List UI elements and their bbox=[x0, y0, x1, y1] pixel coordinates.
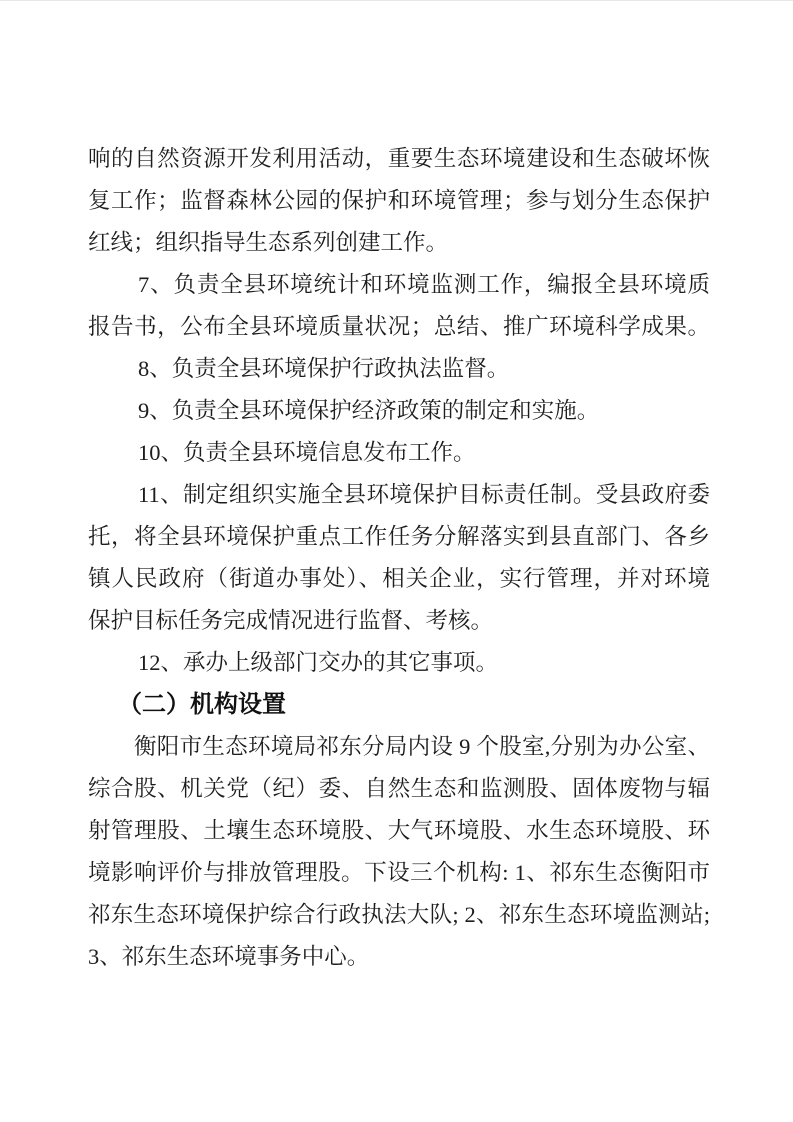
body-line: 报告书，公布全县环境质量状况；总结、推广环境科学成果。 bbox=[88, 306, 710, 348]
numbered-item-line: 9、负责全县环境保护经济政策的制定和实施。 bbox=[88, 390, 710, 432]
body-line: 托，将全县环境保护重点工作任务分解落实到县直部门、各乡 bbox=[88, 516, 710, 558]
body-line: 红线；组织指导生态系列创建工作。 bbox=[88, 222, 710, 264]
body-line: 镇人民政府（街道办事处）、相关企业，实行管理，并对环境 bbox=[88, 558, 710, 600]
document-page: 响的自然资源开发利用活动，重要生态环境建设和生态破坏恢 复工作；监督森林公园的保… bbox=[0, 0, 793, 1122]
body-line: 响的自然资源开发利用活动，重要生态环境建设和生态破坏恢 bbox=[88, 138, 710, 180]
paragraph-first-line: 衡阳市生态环境局祁东分局内设 9 个股室,分别为办公室、 bbox=[88, 726, 710, 768]
numbered-item-line: 8、负责全县环境保护行政执法监督。 bbox=[88, 348, 710, 390]
numbered-item-line: 12、承办上级部门交办的其它事项。 bbox=[88, 642, 710, 684]
body-line: 射管理股、土壤生态环境股、大气环境股、水生态环境股、环 bbox=[88, 810, 710, 852]
body-line: 综合股、机关党（纪）委、自然生态和监测股、固体废物与辐 bbox=[88, 768, 710, 810]
document-text-block: 响的自然资源开发利用活动，重要生态环境建设和生态破坏恢 复工作；监督森林公园的保… bbox=[88, 138, 710, 978]
body-line: 境影响评价与排放管理股。下设三个机构: 1、祁东生态衡阳市 bbox=[88, 852, 710, 894]
numbered-item-line: 7、负责全县环境统计和环境监测工作，编报全县环境质量 bbox=[88, 264, 710, 306]
section-heading: （二）机构设置 bbox=[88, 684, 710, 726]
body-line: 保护目标任务完成情况进行监督、考核。 bbox=[88, 600, 710, 642]
body-line: 复工作；监督森林公园的保护和环境管理；参与划分生态保护 bbox=[88, 180, 710, 222]
body-line: 祁东生态环境保护综合行政执法大队; 2、祁东生态环境监测站; bbox=[88, 894, 710, 936]
numbered-item-line: 10、负责全县环境信息发布工作。 bbox=[88, 432, 710, 474]
numbered-item-line: 11、制定组织实施全县环境保护目标责任制。受县政府委 bbox=[88, 474, 710, 516]
body-line: 3、祁东生态环境事务中心。 bbox=[88, 936, 710, 978]
